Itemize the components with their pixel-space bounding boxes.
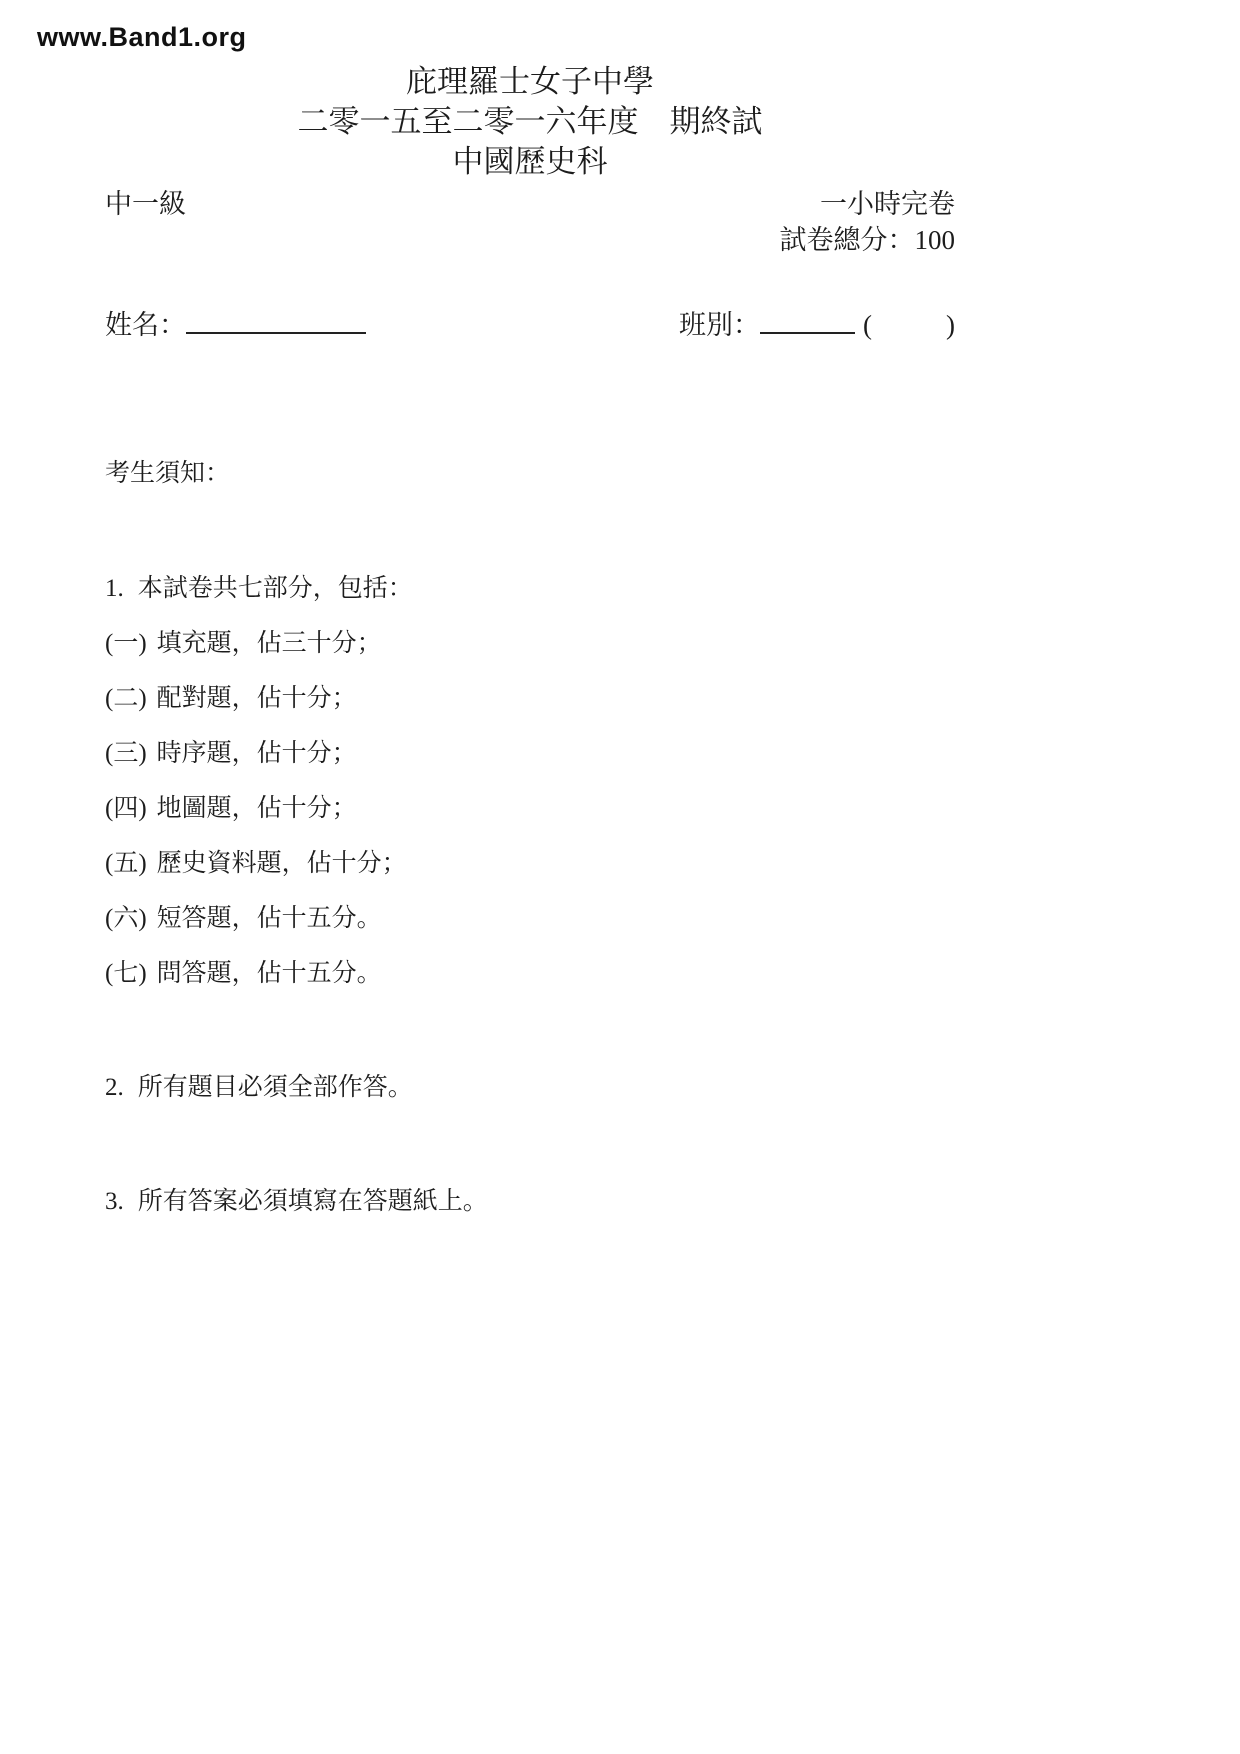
exam-part-item-1: (一)填充題，佔三十分； (105, 627, 955, 660)
student-info-row: 姓名： 班別：() (105, 304, 955, 343)
instruction-item-3: 3.所有答案必須填寫在答題紙上。 (105, 1185, 955, 1218)
exam-part-4-number: (四) (105, 792, 147, 825)
watermark-url: www.Band1.org (37, 22, 247, 53)
total-marks-row: 試卷總分：100 (105, 222, 955, 258)
exam-part-6-number: (六) (105, 902, 147, 935)
form-level-row: 中一級 一小時完卷 (105, 186, 955, 222)
instruction-item-3-number: 3. (105, 1185, 124, 1218)
exam-part-2-text: 配對題，佔十分； (157, 685, 357, 712)
exam-part-item-7: (七)問答題，佔十五分。 (105, 957, 955, 990)
exam-part-1-number: (一) (105, 627, 147, 660)
exam-part-4-text: 地圖題，佔十分； (157, 795, 357, 822)
instruction-item-1-number: 1. (105, 572, 124, 605)
exam-part-2-number: (二) (105, 682, 147, 715)
instruction-item-2-number: 2. (105, 1071, 124, 1104)
exam-part-item-5: (五)歷史資料題，佔十分； (105, 847, 955, 880)
exam-part-7-text: 問答題，佔十五分。 (157, 960, 382, 987)
exam-part-item-6: (六)短答題，佔十五分。 (105, 902, 955, 935)
exam-part-1-text: 填充題，佔三十分； (157, 630, 382, 657)
class-group: 班別：() (679, 304, 955, 343)
exam-part-3-text: 時序題，佔十分； (157, 740, 357, 767)
exam-cover-page: www.Band1.org 庇理羅士女子中學 二零一五至二零一六年度 期終試 中… (0, 0, 1240, 1754)
exam-part-item-4: (四)地圖題，佔十分； (105, 792, 955, 825)
exam-duration: 一小時完卷 (820, 186, 955, 222)
class-blank-field (760, 304, 855, 334)
class-number-open-paren: ( (863, 310, 872, 340)
total-marks: 試卷總分：100 (780, 225, 956, 255)
exam-part-5-text: 歷史資料題，佔十分； (157, 850, 407, 877)
exam-part-item-3: (三)時序題，佔十分； (105, 737, 955, 770)
name-label: 姓名： (105, 310, 186, 340)
exam-part-3-number: (三) (105, 737, 147, 770)
notice-heading: 考生須知： (105, 457, 955, 491)
instruction-item-1-text: 本試卷共七部分，包括： (138, 575, 413, 602)
exam-session: 二零一五至二零一六年度 期終試 (105, 102, 955, 142)
form-level: 中一級 (105, 186, 186, 222)
instruction-item-2: 2.所有題目必須全部作答。 (105, 1071, 955, 1104)
class-label: 班別： (679, 310, 760, 340)
name-blank-field (186, 304, 366, 334)
instruction-item-1: 1.本試卷共七部分，包括： (105, 572, 955, 605)
instruction-item-3-text: 所有答案必須填寫在答題紙上。 (138, 1188, 488, 1215)
class-number-close-paren: ) (946, 310, 955, 340)
name-group: 姓名： (105, 304, 366, 343)
instruction-item-2-text: 所有題目必須全部作答。 (138, 1074, 413, 1101)
school-name: 庇理羅士女子中學 (105, 62, 955, 102)
exam-part-7-number: (七) (105, 957, 147, 990)
exam-part-6-text: 短答題，佔十五分。 (157, 905, 382, 932)
exam-part-item-2: (二)配對題，佔十分； (105, 682, 955, 715)
subject-title: 中國歷史科 (105, 142, 955, 182)
exam-part-5-number: (五) (105, 847, 147, 880)
